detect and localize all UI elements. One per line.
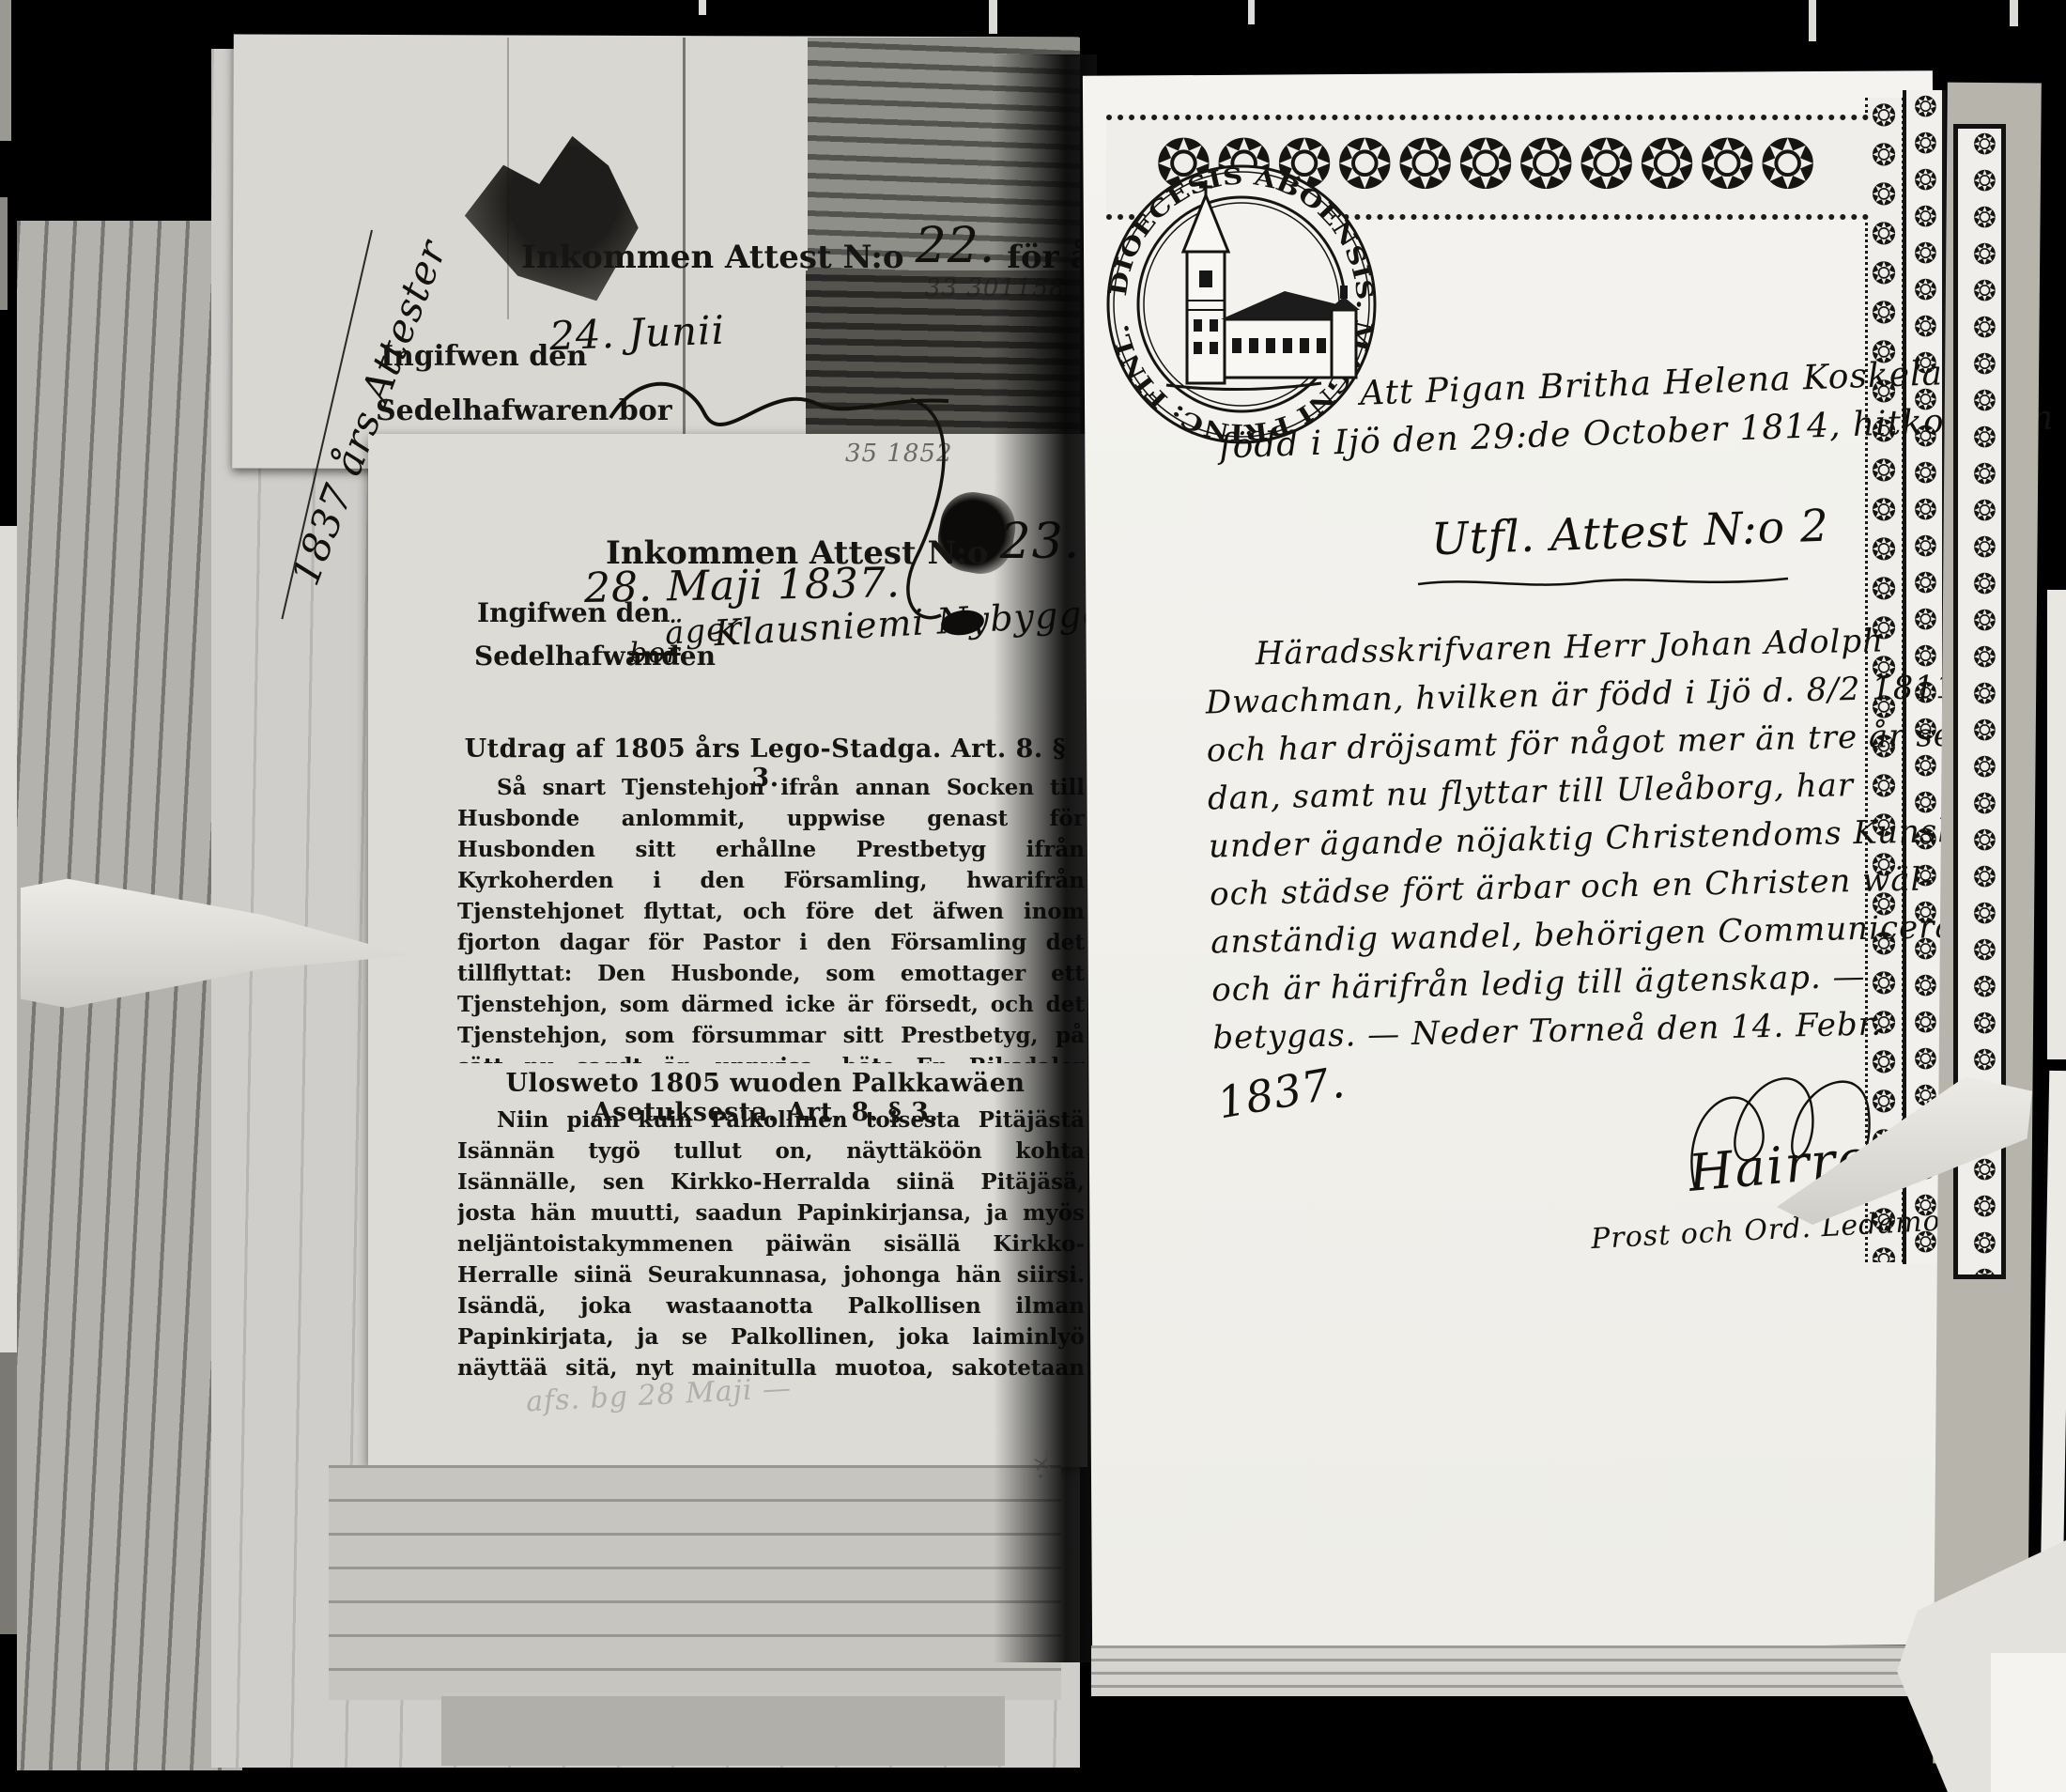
- film-tick: [699, 0, 706, 15]
- film-edge-left: [0, 1352, 19, 1634]
- attest23-received-value: 28. Maji 1837.: [584, 559, 902, 612]
- underlying-pages: [329, 1465, 1061, 1700]
- attest22-header-prefix: Inkommen Attest N:o: [521, 239, 904, 276]
- book-gutter-shadow: [994, 54, 1097, 1662]
- diocese-seal: DIOECESIS ABOENSIS. MAGNI PRINC: FINL.: [1101, 158, 1382, 451]
- attest22-received-value: 24. Junii: [548, 307, 726, 359]
- archival-photo: 1837 års Attester Inkommen Attest N:o 22…: [0, 0, 2066, 1792]
- film-tick: [1809, 0, 1816, 41]
- certificate-page-bottom-edge: [1091, 1645, 1935, 1696]
- attest22-number-handwritten: 22.: [916, 218, 996, 274]
- smear-faint-mark: 35 1852: [845, 440, 953, 468]
- curled-page-corner: [1991, 1653, 2066, 1792]
- attest-letter-body: Häradsskrifvaren Herr Johan Adolph Dwach…: [1204, 616, 1973, 1063]
- film-edge-left: [0, 197, 8, 310]
- heading-underline-flourish: [1416, 575, 1792, 592]
- underlying-pages: [441, 1696, 1005, 1766]
- statute-body-swedish: Så snart Tjenstehjon ifrån annan Socken …: [457, 772, 1085, 1063]
- film-tick: [989, 0, 997, 34]
- film-tick: [1248, 0, 1255, 24]
- film-edge-left: [0, 0, 11, 141]
- paper-crease: [507, 38, 509, 319]
- film-edge-right: [2047, 590, 2066, 1059]
- film-tick: [2010, 0, 2018, 26]
- statute-body-finnish: Niin pian kuin Palkollinen toisesta Pitä…: [457, 1105, 1085, 1386]
